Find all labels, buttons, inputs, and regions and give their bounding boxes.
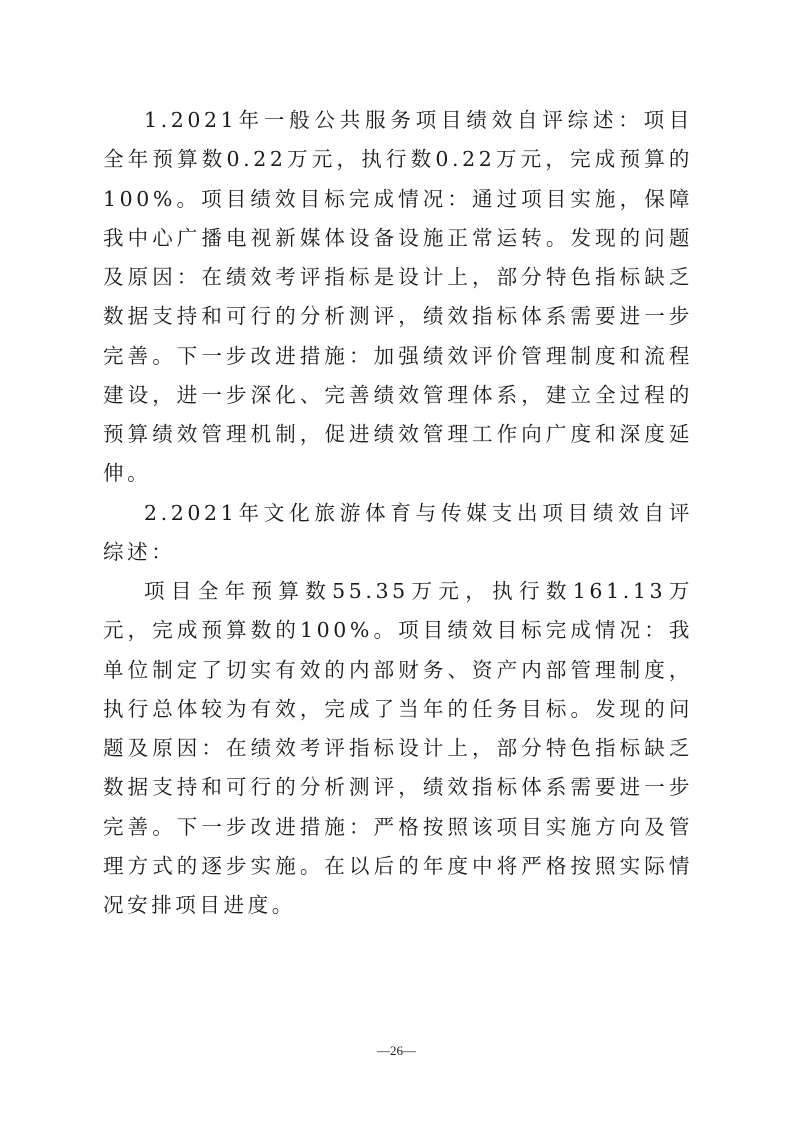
paragraph-culture-heading: 2.2021年文化旅游体育与传媒支出项目绩效自评综述：	[103, 494, 693, 573]
paragraph-general-public-services: 1.2021年一般公共服务项目绩效自评综述：项目全年预算数0.22万元，执行数0…	[103, 101, 693, 494]
document-page: 1.2021年一般公共服务项目绩效自评综述：项目全年预算数0.22万元，执行数0…	[0, 0, 793, 1122]
page-number: —26—	[0, 1043, 793, 1059]
paragraph-culture-details: 项目全年预算数55.35万元，执行数161.13万元，完成预算数的100%。项目…	[103, 572, 693, 925]
document-body: 1.2021年一般公共服务项目绩效自评综述：项目全年预算数0.22万元，执行数0…	[103, 101, 693, 925]
